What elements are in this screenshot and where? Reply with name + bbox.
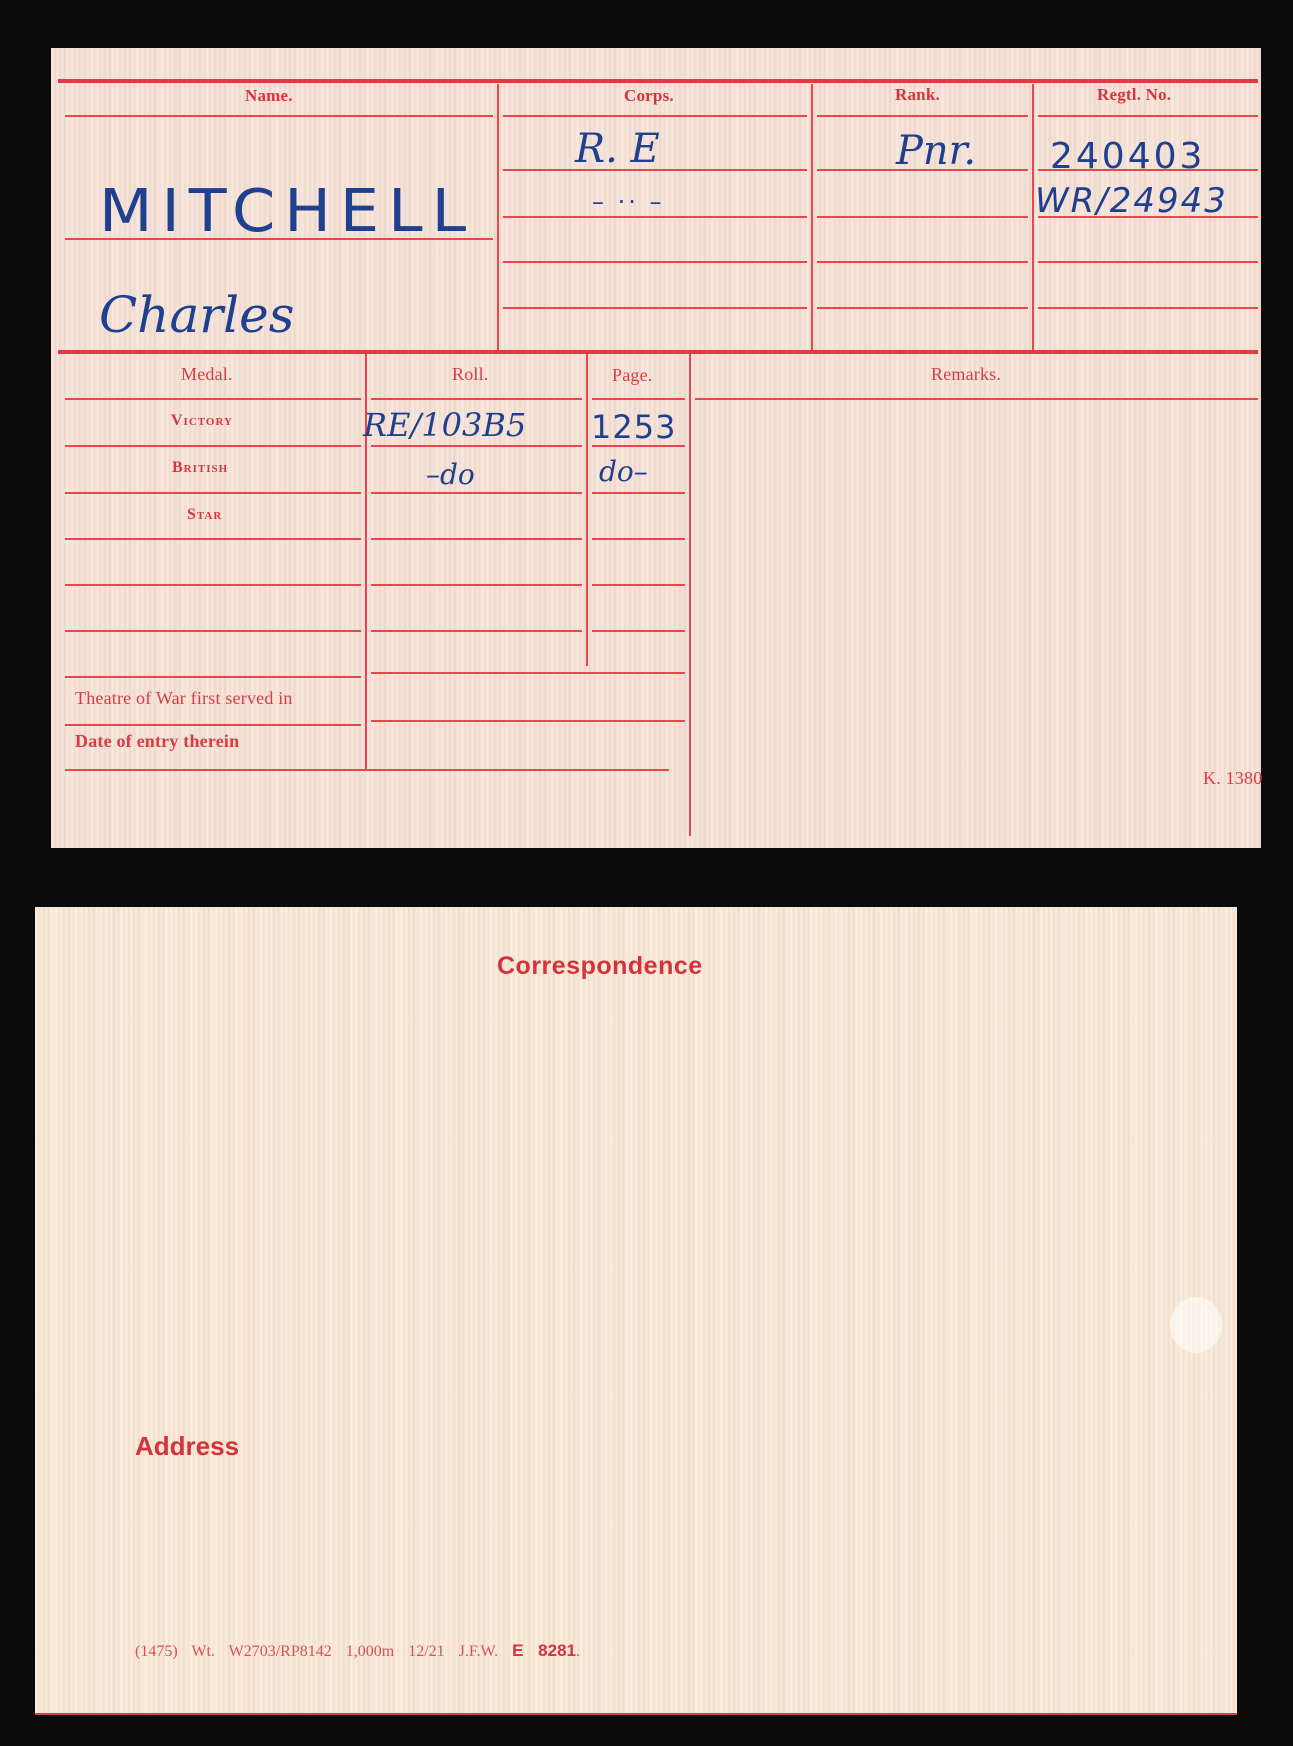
row-rule bbox=[1038, 261, 1258, 263]
printer-imprint: (1475) Wt. W2703/RP8142 1,000m 12/21 J.F… bbox=[135, 1641, 580, 1661]
header-page: Page. bbox=[612, 365, 653, 386]
victory-page-value: 1253 bbox=[591, 408, 676, 446]
medal-index-card-back: Correspondence Address (1475) Wt. W2703/… bbox=[35, 907, 1237, 1715]
row-rule bbox=[503, 307, 807, 309]
divider-name-corps bbox=[497, 84, 499, 352]
row-rule bbox=[503, 261, 807, 263]
theatre-row-rule bbox=[65, 724, 361, 726]
regtl-header-rule bbox=[1038, 115, 1258, 117]
top-rule bbox=[58, 79, 1258, 83]
page-row-rule bbox=[592, 538, 685, 540]
divider-rank-regtl bbox=[1032, 84, 1034, 352]
medal-row-rule bbox=[65, 492, 361, 494]
medal-row-rule bbox=[65, 445, 361, 447]
form-code: K. 1380 bbox=[1203, 768, 1262, 789]
page-header-rule bbox=[592, 398, 685, 400]
header-name: Name. bbox=[245, 86, 293, 106]
header-rank: Rank. bbox=[895, 85, 940, 105]
footer-suffix: . bbox=[576, 1643, 580, 1660]
roll-row-rule bbox=[371, 584, 582, 586]
row-rule bbox=[817, 261, 1028, 263]
medal-row-rule bbox=[65, 630, 361, 632]
form-number: E 8281 bbox=[512, 1641, 576, 1660]
regtl-number-primary: 240403 bbox=[1050, 136, 1205, 177]
corps-value: R. E bbox=[575, 126, 660, 172]
medal-index-card-front: Name. Corps. Rank. Regtl. No. MITCHELL C… bbox=[51, 48, 1261, 848]
header-corps: Corps. bbox=[624, 86, 674, 106]
rank-value: Pnr. bbox=[896, 128, 976, 174]
medal-row-rule bbox=[65, 538, 361, 540]
page-row-rule bbox=[592, 584, 685, 586]
header-remarks: Remarks. bbox=[931, 364, 1001, 385]
british-page-value: do– bbox=[599, 455, 648, 488]
remarks-header-rule bbox=[695, 398, 1258, 400]
medal-row-rule bbox=[65, 676, 361, 678]
theatre-of-war-label: Theatre of War first served in bbox=[75, 688, 293, 709]
address-label: Address bbox=[135, 1431, 239, 1462]
row-rule bbox=[503, 216, 807, 218]
roll-row-rule bbox=[371, 445, 582, 447]
roll-row-rule bbox=[371, 630, 582, 632]
divider-page-remarks bbox=[689, 354, 691, 836]
corps-ditto-value: – ·· – bbox=[592, 188, 665, 216]
section-divider bbox=[58, 350, 1258, 354]
header-roll: Roll. bbox=[452, 364, 489, 385]
medal-header-rule bbox=[65, 398, 361, 400]
forename-value: Charles bbox=[99, 286, 294, 344]
theatre-value-rule bbox=[371, 720, 685, 722]
rank-header-rule bbox=[817, 115, 1028, 117]
roll-row-rule bbox=[371, 492, 582, 494]
name-header-rule bbox=[65, 115, 493, 117]
row-rule bbox=[1038, 307, 1258, 309]
divider-corps-rank bbox=[811, 84, 813, 352]
divider-roll-page bbox=[586, 354, 588, 666]
page-row-rule bbox=[592, 630, 685, 632]
header-regtl-no: Regtl. No. bbox=[1097, 85, 1171, 105]
medal-row-rule bbox=[65, 584, 361, 586]
medal-label-british: British bbox=[172, 459, 228, 477]
medal-label-victory: Victory bbox=[171, 412, 233, 430]
corps-header-rule bbox=[503, 115, 807, 117]
victory-roll-value: RE/103B5 bbox=[363, 406, 526, 444]
row-rule bbox=[817, 216, 1028, 218]
medal-label-star: Star bbox=[187, 506, 222, 524]
header-medal: Medal. bbox=[181, 364, 233, 385]
surname-value: MITCHELL bbox=[99, 176, 475, 245]
date-row-rule bbox=[65, 769, 669, 771]
row-rule bbox=[817, 307, 1028, 309]
print-info: (1475) Wt. W2703/RP8142 1,000m 12/21 J.F… bbox=[135, 1643, 498, 1660]
regtl-number-secondary: WR/24943 bbox=[1035, 181, 1228, 221]
roll-row-rule bbox=[371, 538, 582, 540]
roll-row-rule bbox=[371, 672, 685, 674]
british-roll-value: –do bbox=[426, 458, 475, 491]
date-of-entry-label: Date of entry therein bbox=[75, 731, 239, 752]
roll-header-rule bbox=[371, 398, 582, 400]
paper-stain bbox=[1170, 1297, 1222, 1353]
page-row-rule bbox=[592, 492, 685, 494]
divider-theatre-values bbox=[365, 676, 367, 770]
correspondence-title: Correspondence bbox=[497, 952, 703, 981]
